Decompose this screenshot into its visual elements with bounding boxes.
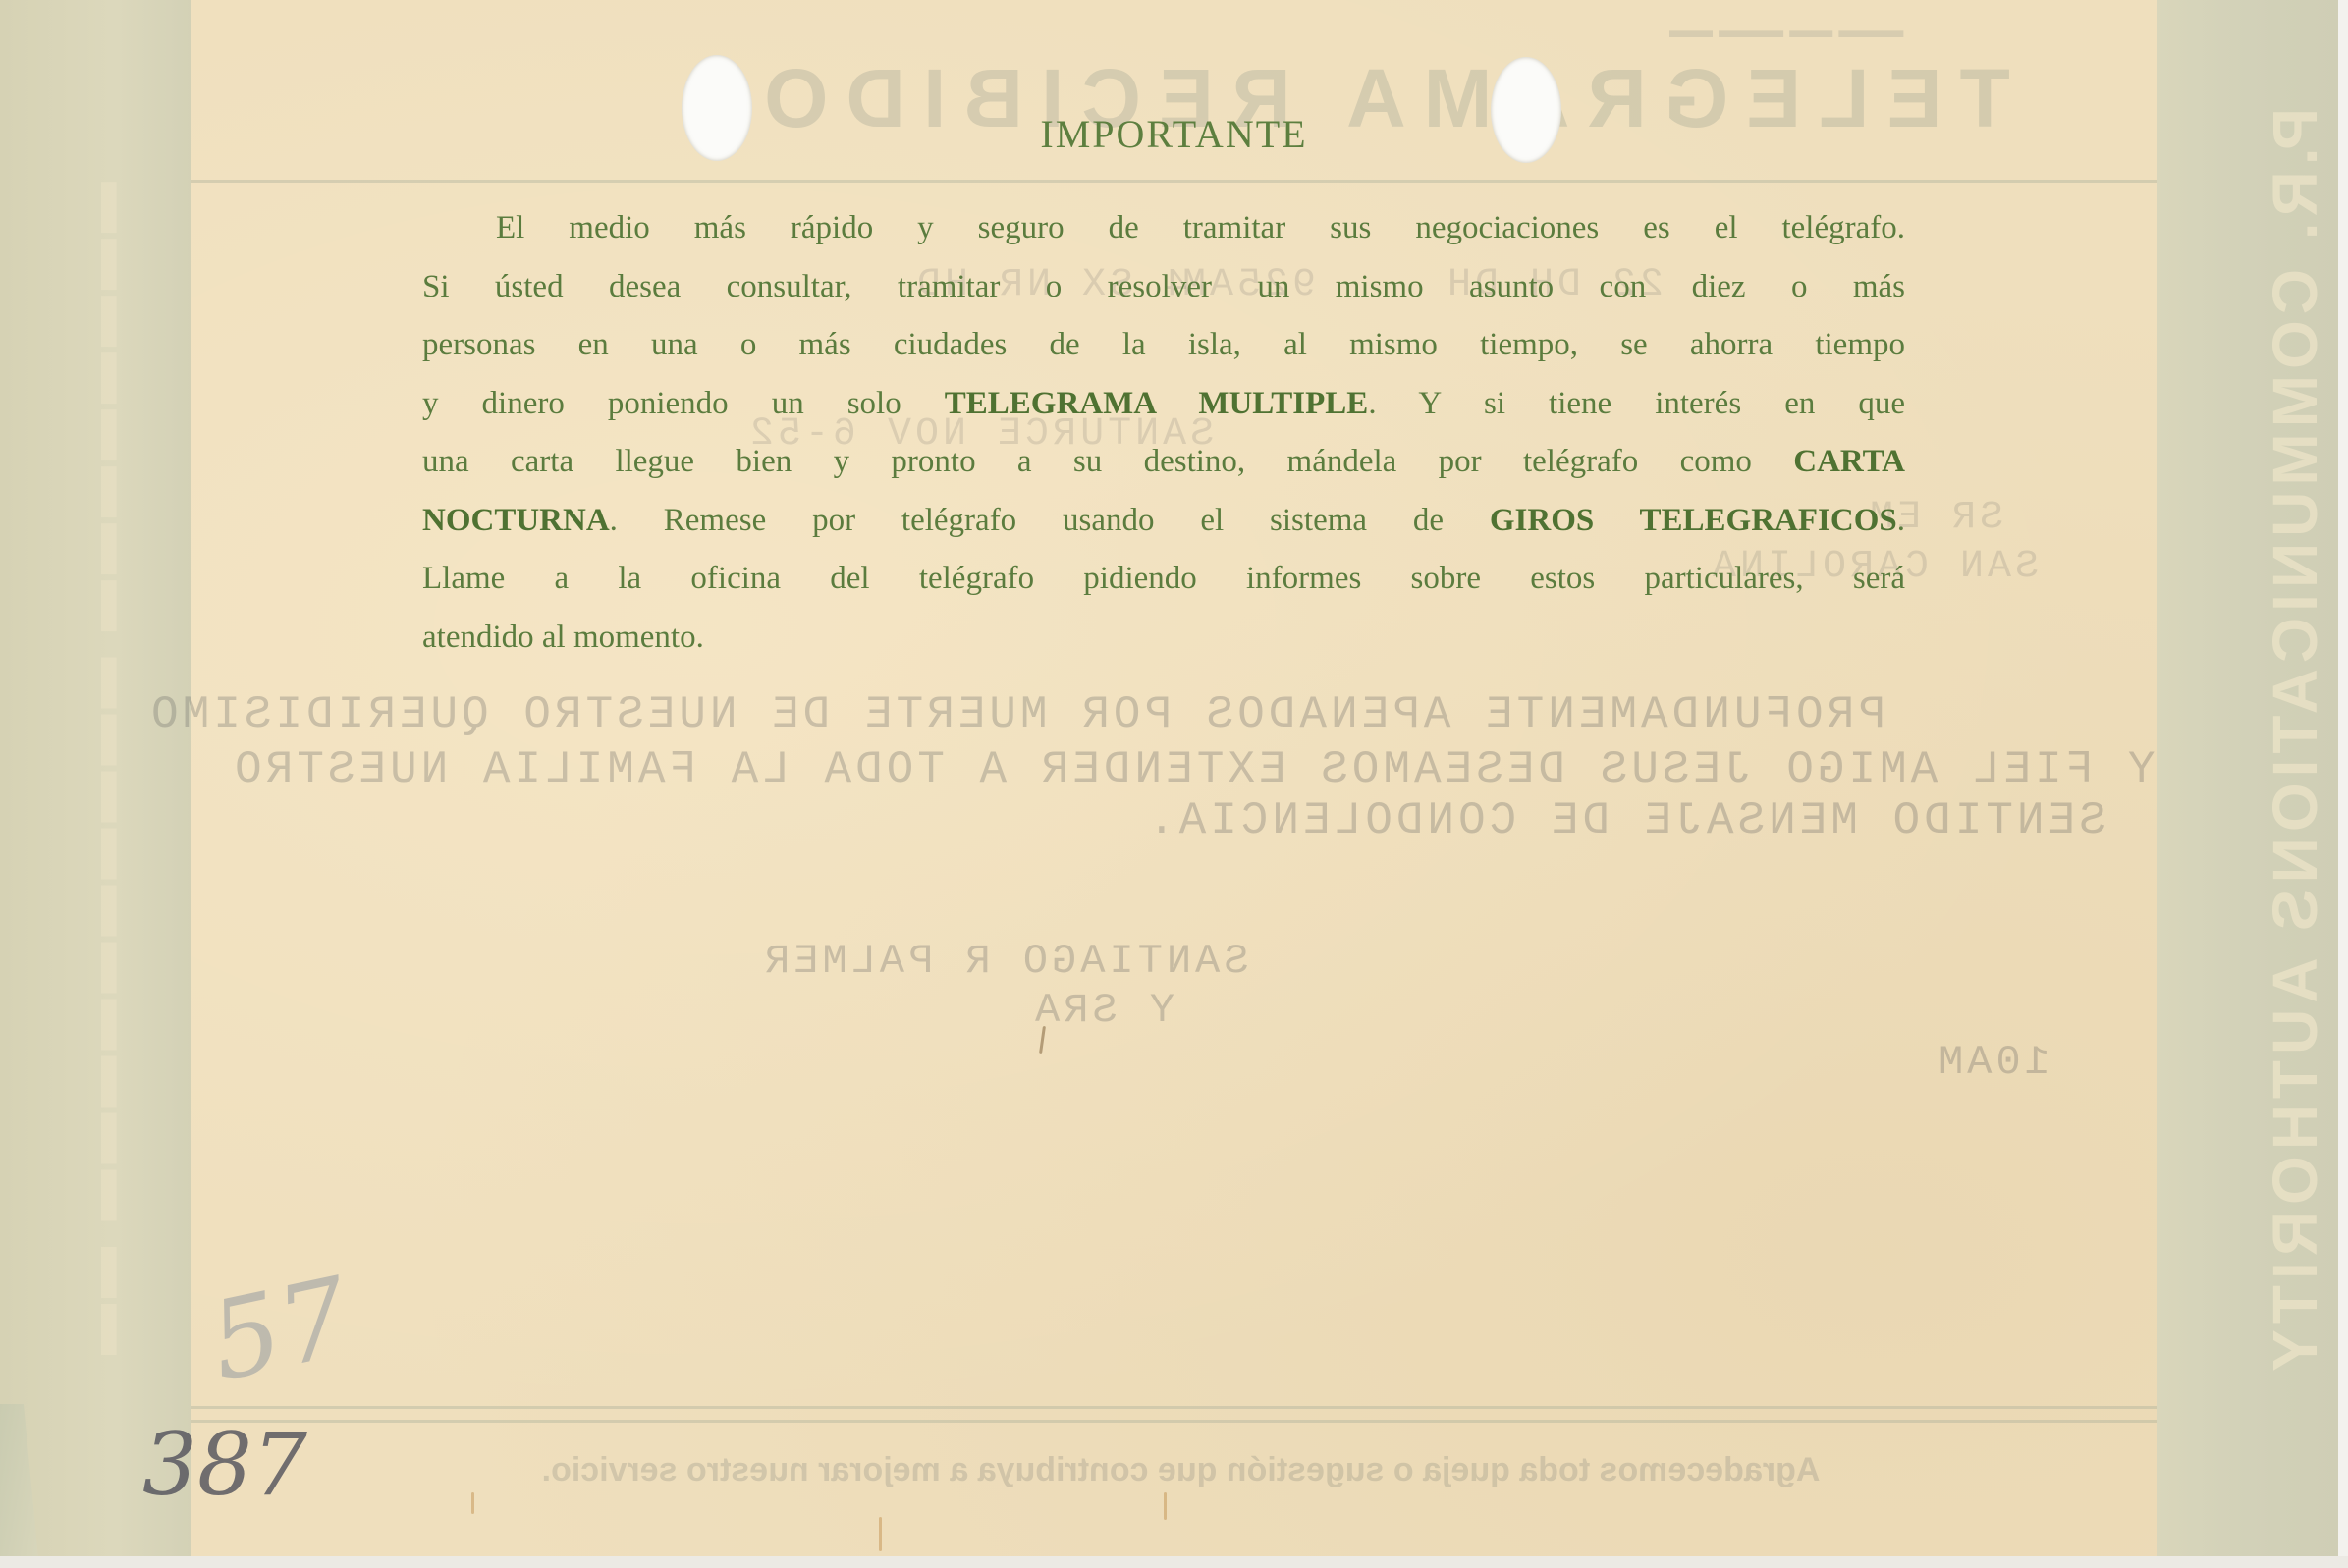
ghost-signature-line-2: Y SRA bbox=[1031, 987, 1174, 1034]
line-text: personas en una o más ciudades de la isl… bbox=[422, 327, 1905, 362]
telegram-sheet: TELEGRAMA RECIBIDO ▬▬▬ ▬▬ ▬▬▬ ▬▬ 4 SX NR… bbox=[0, 0, 2348, 1568]
page-edge bbox=[2338, 0, 2348, 1568]
term-telegrama-multiple: TELEGRAMA MULTIPLE bbox=[945, 386, 1369, 421]
line-text: El medio más rápido y seguro de tramitar… bbox=[496, 210, 1905, 245]
ghost-side-band-text: P.R. COMMUNICATIONS AUTHORITY bbox=[2259, 108, 2331, 1378]
paragraph-line-6: NOCTURNA. Remese por telégrafo usando el… bbox=[422, 492, 1905, 551]
ghost-form-code: ▬▬▬ ▬▬ ▬▬▬ ▬▬ bbox=[1669, 18, 1903, 43]
bottom-rule-ghost-2 bbox=[191, 1420, 2157, 1423]
pencil-mark: 57 bbox=[199, 1254, 360, 1405]
paper-stain bbox=[471, 1492, 474, 1514]
ghost-message-line-1: PROFUNDAMENTE APENADOS POR MUERTE DE NUE… bbox=[147, 689, 1885, 740]
heading-importante: IMPORTANTE bbox=[0, 111, 2348, 157]
paragraph-line-5: una carta llegue bien y pronto a su dest… bbox=[422, 433, 1905, 492]
paragraph-line-8: atendido al momento. bbox=[422, 609, 1905, 668]
ghost-time-received: 10AM bbox=[1935, 1039, 2049, 1086]
term-giros-telegraficos: GIROS TELEGRAFICOS bbox=[1490, 503, 1897, 538]
ghost-footer-notice: Agradecemos toda queja o sugestión que c… bbox=[398, 1451, 1964, 1489]
term-carta: CARTA bbox=[1793, 444, 1905, 479]
line-text: una carta llegue bien y pronto a su dest… bbox=[422, 444, 1793, 479]
term-nocturna: NOCTURNA bbox=[422, 503, 610, 538]
paragraph-line-7: Llame a la oficina del telégrafo pidiend… bbox=[422, 550, 1905, 609]
paper-stain bbox=[879, 1517, 882, 1551]
paragraph-line-2: Si ústed desea consultar, tramitar o res… bbox=[422, 258, 1905, 317]
ghost-left-band-text: ▬▬ ▬▬▬▬▬▬▬▬▬▬ ▬▬▬▬▬▬▬▬ bbox=[88, 176, 147, 1355]
paragraph-line-1: El medio más rápido y seguro de tramitar… bbox=[422, 199, 1905, 258]
top-rule-ghost bbox=[191, 180, 2157, 183]
line-text: . bbox=[1897, 503, 1905, 538]
bottom-page-edge bbox=[0, 1556, 2348, 1568]
line-text: Llame a la oficina del telégrafo pidiend… bbox=[422, 561, 1905, 596]
notice-paragraph: El medio más rápido y seguro de tramitar… bbox=[422, 199, 1905, 667]
paragraph-line-3: personas en una o más ciudades de la isl… bbox=[422, 316, 1905, 375]
handwritten-page-number: 387 bbox=[142, 1414, 307, 1515]
ghost-signature-line-1: SANTIAGO R PALMER bbox=[761, 938, 1248, 985]
paragraph-line-4: y dinero poniendo un solo TELEGRAMA MULT… bbox=[422, 375, 1905, 434]
line-text: atendido al momento. bbox=[422, 620, 704, 655]
bottom-rule-ghost-1 bbox=[191, 1406, 2157, 1409]
line-text: . Remese por telégrafo usando el sistema… bbox=[610, 503, 1490, 538]
line-text: Si ústed desea consultar, tramitar o res… bbox=[422, 269, 1905, 304]
line-text: y dinero poniendo un solo bbox=[422, 386, 945, 421]
line-text: . Y si tiene interés en que bbox=[1368, 386, 1905, 421]
ghost-message-line-2: Y FIEL AMIGO JESUS DESEAMOS EXTENDER A T… bbox=[231, 744, 2155, 795]
paper-stain bbox=[1164, 1492, 1167, 1520]
ghost-message-line-3: SENTIDO MENSAJE DE CONDOLENCIA. bbox=[1144, 795, 2106, 846]
